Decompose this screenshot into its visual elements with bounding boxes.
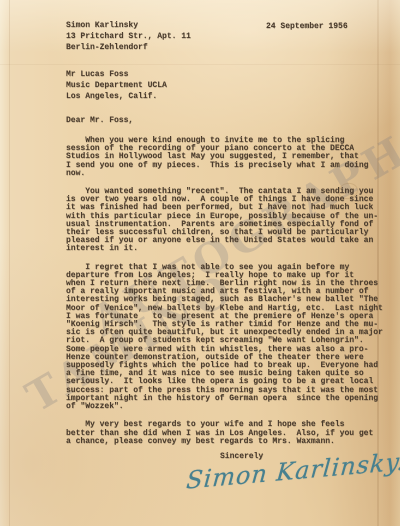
recipient-city: Los Angeles, Calif. (66, 92, 167, 103)
paper-crease-top (0, 64, 400, 65)
paragraph: You wanted something "recent". The canta… (66, 188, 383, 254)
letter-body: When you were kind enough to invite me t… (66, 137, 383, 456)
letter-date: 24 September 1956 (266, 22, 348, 31)
sender-address-block: Simon Karlinsky 13 Pritchard Str., Apt. … (66, 21, 191, 53)
letter-line: I send you one of my pieces. This is pre… (66, 162, 383, 170)
sender-city: Berlin-Zehlendorf (66, 43, 191, 54)
paper-edge-left (9, 0, 10, 526)
letter-line: interest in it. (66, 245, 383, 253)
recipient-name: Mr Lucas Foss (66, 70, 167, 81)
letter-page: TAMINO AUTOGRAPHS Simon Karlinsky 13 Pri… (0, 0, 400, 526)
recipient-address-block: Mr Lucas Foss Music Department UCLA Los … (66, 70, 167, 102)
sender-street: 13 Pritchard Str., Apt. 11 (66, 32, 191, 43)
letter-line: of "Wozzek". (66, 403, 383, 411)
paragraph: When you were kind enough to invite me t… (66, 137, 383, 178)
letter-line: a chance, please convey my best regards … (66, 438, 383, 446)
salutation: Dear Mr. Foss, (66, 116, 133, 125)
paragraph: My very best regards to your wife and I … (66, 421, 383, 446)
recipient-dept: Music Department UCLA (66, 81, 167, 92)
letter-line: now. (66, 170, 383, 178)
sender-name: Simon Karlinsky (66, 21, 191, 32)
paragraph: I regret that I was not able to see you … (66, 264, 383, 412)
